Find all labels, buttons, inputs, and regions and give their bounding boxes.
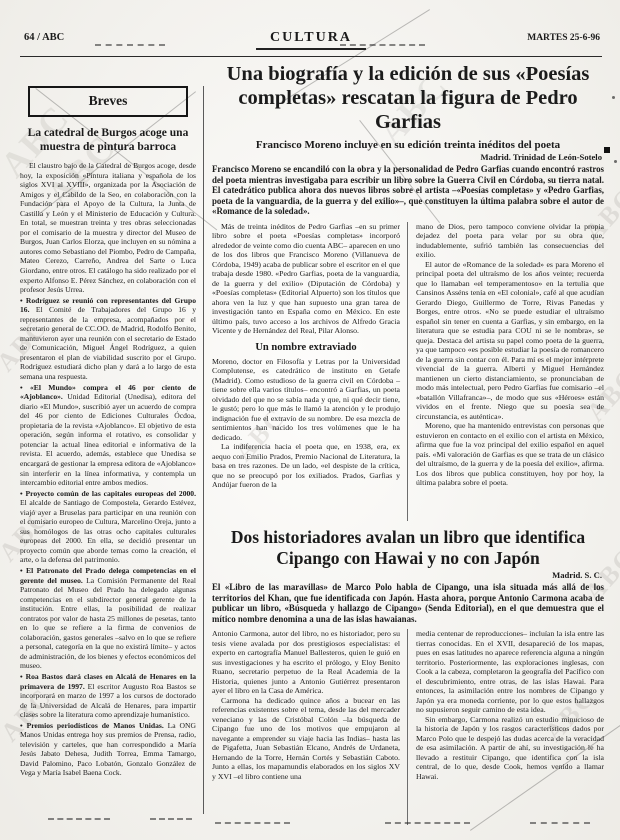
breves-item-lead: Premios periodísticos de Manos Unidas. xyxy=(20,721,164,730)
page-number: 64 / ABC xyxy=(24,32,64,43)
scan-artifact-dash xyxy=(340,44,425,46)
breves-intro: El claustro bajo de la Catedral de Burgo… xyxy=(20,161,196,295)
article-garfias-col-right: mano de Dios, pero tampoco conviene olvi… xyxy=(407,222,604,521)
article-garfias-col-left: Más de treinta inéditos de Pedro Garfias… xyxy=(212,222,407,521)
body-paragraph: Antonio Carmona, autor del libro, no es … xyxy=(212,629,400,696)
article-garfias-byline: Madrid. Trinidad de León-Sotelo xyxy=(214,152,602,162)
print-mark-square xyxy=(604,147,610,153)
body-paragraph: Moreno, doctor en Filosofía y Letras por… xyxy=(212,357,400,443)
scan-artifact-dash xyxy=(385,822,470,824)
breves-item: Proyecto común de las capitales europeas… xyxy=(20,489,196,565)
body-paragraph: Carmona ha dedicado quince años a bucear… xyxy=(212,696,400,782)
breves-item: «El Mundo» compra el 46 por ciento de «A… xyxy=(20,383,196,488)
edition-date: MARTES 25-6-96 xyxy=(527,33,600,43)
breves-column: Breves La catedral de Burgos acoge una m… xyxy=(20,86,196,812)
breves-item: El Patronato del Prado delega competenci… xyxy=(20,566,196,671)
scan-artifact-dash xyxy=(48,818,110,820)
breves-headline: La catedral de Burgos acoge una muestra … xyxy=(22,127,194,154)
newspaper-page: ABC ABC ABC ABC ABC ABC ABC ABC ABC ABC … xyxy=(0,0,620,840)
main-content: Una biografía y la edición de sus «Poesí… xyxy=(212,58,604,834)
article-garfias-lead: Francisco Moreno se encandiló con la obr… xyxy=(212,164,604,217)
article-garfias-crosshead: Un nombre extraviado xyxy=(212,342,400,353)
article-cipango-headline: Dos historiadores avalan un libro que id… xyxy=(212,527,604,569)
article-cipango-body: Antonio Carmona, autor del libro, no es … xyxy=(212,629,604,825)
breves-item-text: El Comité de Trabajadores del Grupo 16 y… xyxy=(20,305,196,381)
breves-item-text: El alcalde de Santiago de Compostela, Ge… xyxy=(20,498,196,564)
article-garfias-subdeck: Francisco Moreno incluye en su edición t… xyxy=(212,139,604,151)
scan-artifact-dash xyxy=(150,818,192,820)
body-paragraph: La indiferencia hacia el poeta que, en 1… xyxy=(212,442,400,490)
article-cipango-col-right: media centenar de reproducciones– incluí… xyxy=(407,629,604,825)
column-divider xyxy=(203,86,204,814)
breves-item: Premios periodísticos de Manos Unidas. L… xyxy=(20,721,196,778)
breves-item-lead: Proyecto común de las capitales europeas… xyxy=(20,489,196,498)
body-paragraph: Moreno, que ha mantenido entrevistas con… xyxy=(416,421,604,488)
breves-item: Roa Bastos dará clases en Alcalá de Hena… xyxy=(20,672,196,720)
breves-item-text: Unidad Editorial (Unedisa), editora del … xyxy=(20,392,196,487)
body-paragraph: Sin embargo, Carmona realizó un estudio … xyxy=(416,715,604,782)
article-garfias: Una biografía y la edición de sus «Poesí… xyxy=(212,62,604,521)
scan-artifact-dash xyxy=(215,822,290,824)
body-paragraph: Más de treinta inéditos de Pedro Garfias… xyxy=(212,222,400,336)
article-garfias-body: Más de treinta inéditos de Pedro Garfias… xyxy=(212,222,604,521)
article-garfias-headline: Una biografía y la edición de sus «Poesí… xyxy=(212,62,604,134)
article-cipango-lead: El «Libro de las maravillas» de Marco Po… xyxy=(212,582,604,624)
article-cipango: Dos historiadores avalan un libro que id… xyxy=(212,527,604,825)
body-paragraph: El autor de «Romance de la soledad» es p… xyxy=(416,260,604,422)
article-cipango-byline: Madrid. S. C. xyxy=(214,570,602,580)
print-mark-dot xyxy=(612,96,615,99)
section-title: CULTURA xyxy=(256,30,366,50)
breves-item: Rodríguez se reunió con representantes d… xyxy=(20,296,196,382)
article-cipango-col-left: Antonio Carmona, autor del libro, no es … xyxy=(212,629,407,825)
breves-box: Breves xyxy=(28,86,188,117)
breves-item-text: La Comisión Permanente del Real Patronat… xyxy=(20,576,196,671)
scan-artifact-dash xyxy=(95,44,165,46)
breves-title: Breves xyxy=(89,93,128,108)
print-mark-dot xyxy=(614,160,617,163)
scan-artifact-dash xyxy=(530,822,590,824)
body-paragraph: media centenar de reproducciones– incluí… xyxy=(416,629,604,715)
body-paragraph: mano de Dios, pero tampoco conviene olvi… xyxy=(416,222,604,260)
